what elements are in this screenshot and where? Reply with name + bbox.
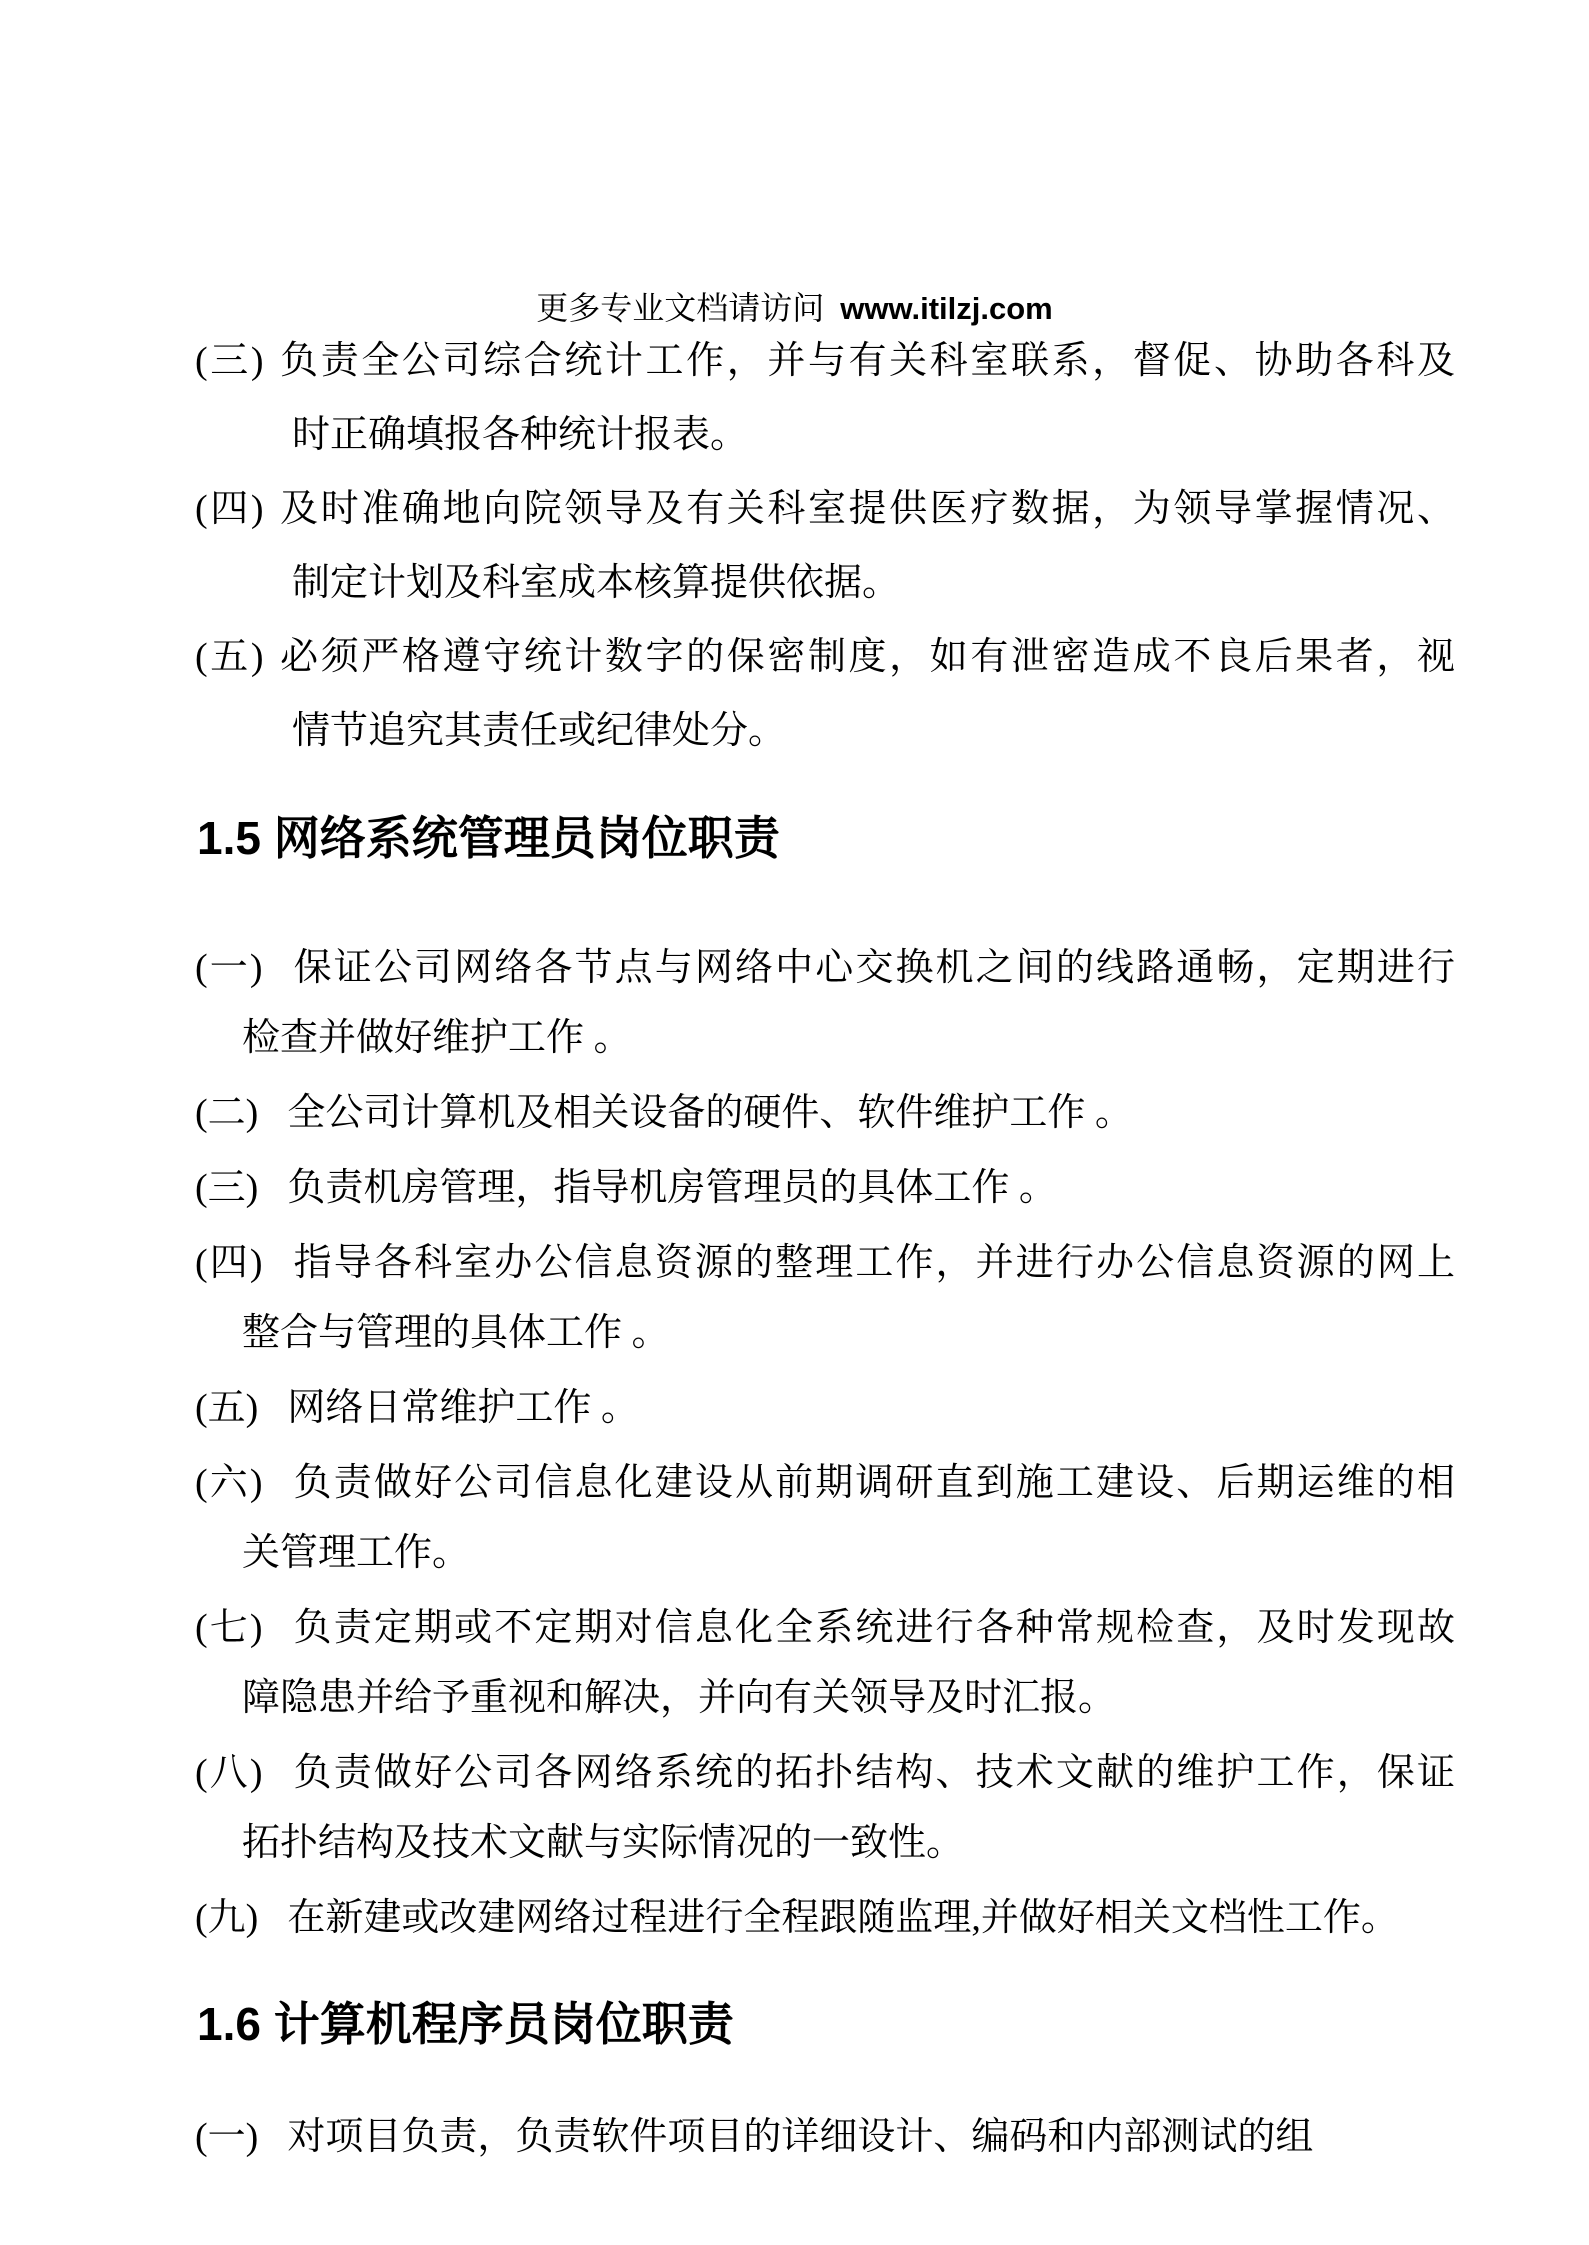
list-item: (五)网络日常维护工作 。 [195,1373,1455,1443]
item-marker: (一) [195,2116,258,2158]
item-text: 负责做好公司各网络系统的拓扑结构、技术文献的维护工作，保证 [292,1752,1455,1794]
item-text: 对项目负责，负责软件项目的详细设计、编码和内部测试的组 [287,2116,1313,2158]
list-item: (三)负责机房管理，指导机房管理员的具体工作 。 [195,1153,1455,1223]
network-admin-duties-list: (一)保证公司网络各节点与网络中心交换机之间的线路通畅，定期进行 检查并做好维护… [195,933,1455,1958]
section-heading-1-5: 1.5 网络系统管理员岗位职责 [197,810,780,866]
watermark-text: 更多专业文档请访问 [536,290,824,326]
item-text: 及时准确地向院领导及有关科室提供医疗数据，为领导掌握情况、 [278,488,1455,530]
item-text-continuation: 整合与管理的具体工作 。 [195,1298,1455,1368]
item-marker: (九) [195,1897,258,1939]
item-text-continuation: 时正确填报各种统计报表。 [195,398,1455,472]
item-text: 保证公司网络各节点与网络中心交换机之间的线路通畅，定期进行 [292,947,1455,989]
item-text: 负责全公司综合统计工作，并与有关科室联系，督促、协助各科及 [278,340,1455,382]
item-marker: (六) [195,1462,263,1504]
list-item: (五)必须严格遵守统计数字的保密制度，如有泄密造成不良后果者，视 情节追究其责任… [195,620,1455,768]
item-text-continuation: 拓扑结构及技术文献与实际情况的一致性。 [195,1808,1455,1878]
item-marker: (五) [195,1387,258,1429]
item-text-continuation: 情节追究其责任或纪律处分。 [195,694,1455,768]
item-marker: (一) [195,947,263,989]
watermark-site-url: www.itilzj.com [840,291,1052,326]
item-text: 网络日常维护工作 。 [287,1387,639,1429]
programmer-duties-list: (一)对项目负责，负责软件项目的详细设计、编码和内部测试的组 [195,2102,1455,2172]
item-text-continuation: 关管理工作。 [195,1518,1455,1588]
item-text: 在新建或改建网络过程进行全程跟随监理,并做好相关文档性工作。 [287,1897,1399,1939]
document-page: 更多专业文档请访问www.itilzj.com (三)负责全公司综合统计工作，并… [0,0,1589,2245]
list-item: (一)对项目负责，负责软件项目的详细设计、编码和内部测试的组 [195,2102,1455,2172]
list-item: (九)在新建或改建网络过程进行全程跟随监理,并做好相关文档性工作。 [195,1883,1455,1953]
item-text-continuation: 障隐患并给予重视和解决，并向有关领导及时汇报。 [195,1663,1455,1733]
list-item: (一)保证公司网络各节点与网络中心交换机之间的线路通畅，定期进行 检查并做好维护… [195,933,1455,1073]
item-marker: (二) [195,1092,258,1134]
item-marker: (四) [195,488,264,530]
item-text: 负责机房管理，指导机房管理员的具体工作 。 [287,1167,1057,1209]
item-marker: (八) [195,1752,263,1794]
section-heading-1-6: 1.6 计算机程序员岗位职责 [197,1996,734,2052]
item-marker: (七) [195,1607,263,1649]
list-item: (三)负责全公司综合统计工作，并与有关科室联系，督促、协助各科及 时正确填报各种… [195,324,1455,472]
list-item: (六)负责做好公司信息化建设从前期调研直到施工建设、后期运维的相 关管理工作。 [195,1448,1455,1588]
item-text-continuation: 检查并做好维护工作 。 [195,1003,1455,1073]
list-item: (二)全公司计算机及相关设备的硬件、软件维护工作 。 [195,1078,1455,1148]
item-marker: (三) [195,1167,258,1209]
item-marker: (四) [195,1242,263,1284]
item-text: 必须严格遵守统计数字的保密制度，如有泄密造成不良后果者，视 [278,636,1455,678]
list-item: (八)负责做好公司各网络系统的拓扑结构、技术文献的维护工作，保证 拓扑结构及技术… [195,1738,1455,1878]
item-text: 指导各科室办公信息资源的整理工作，并进行办公信息资源的网上 [292,1242,1455,1284]
list-item: (七)负责定期或不定期对信息化全系统进行各种常规检查，及时发现故 障隐患并给予重… [195,1593,1455,1733]
list-item: (四)及时准确地向院领导及有关科室提供医疗数据，为领导掌握情况、 制定计划及科室… [195,472,1455,620]
item-text: 负责做好公司信息化建设从前期调研直到施工建设、后期运维的相 [292,1462,1455,1504]
item-marker: (三) [195,340,264,382]
item-text: 全公司计算机及相关设备的硬件、软件维护工作 。 [287,1092,1133,1134]
list-item: (四)指导各科室办公信息资源的整理工作，并进行办公信息资源的网上 整合与管理的具… [195,1228,1455,1368]
watermark-header: 更多专业文档请访问www.itilzj.com [0,288,1589,329]
statistics-duties-list: (三)负责全公司综合统计工作，并与有关科室联系，督促、协助各科及 时正确填报各种… [195,324,1455,768]
item-marker: (五) [195,636,264,678]
item-text-continuation: 制定计划及科室成本核算提供依据。 [195,546,1455,620]
item-text: 负责定期或不定期对信息化全系统进行各种常规检查，及时发现故 [292,1607,1455,1649]
